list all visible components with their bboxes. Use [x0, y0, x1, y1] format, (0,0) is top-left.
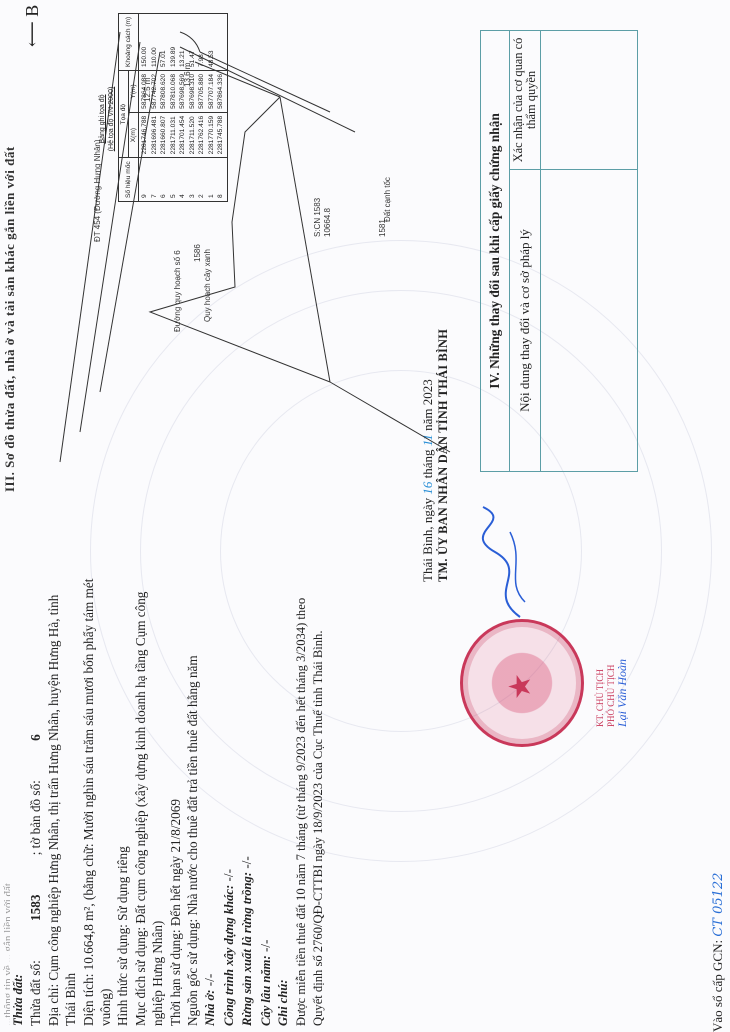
col-change-content: Nội dung thay đổi và cơ sở pháp lý — [510, 169, 540, 471]
coord-x: 2281696.481 — [150, 116, 160, 155]
signer-name: Lại Văn Hoàn — [617, 597, 628, 727]
house-value: -/- — [202, 974, 217, 986]
coord-y: 587864.088 — [140, 74, 150, 109]
change-content-cell — [541, 169, 638, 471]
area-label: Diện tích: — [81, 974, 96, 1026]
coord-d: 57.01 — [159, 17, 169, 67]
coord-d: 139.89 — [169, 17, 179, 67]
coord-d: 48.53 — [207, 17, 217, 67]
coord-y: 587698.569 — [178, 74, 188, 109]
label-1586: 1586 — [193, 244, 202, 262]
coord-x: 2281711.031 — [169, 116, 179, 155]
label-parcel: S:CN 1583 — [313, 197, 322, 237]
coord-y: 587707.184 — [207, 74, 217, 109]
date-prefix: Thái Bình, ngày — [420, 498, 435, 582]
changes-title: IV. Những thay đổi sau khi cấp giấy chứn… — [481, 31, 510, 471]
parcel-row: Thửa đất số: 1583 ; tờ bản đồ số: 6 — [27, 506, 44, 1026]
address-value: Cụm công nghiệp Hưng Nhân, thị trấn Hưng… — [46, 595, 61, 981]
coord-d: 110.00 — [150, 17, 160, 67]
purpose-cont: nghiệp Hưng Nhân) — [149, 506, 166, 1026]
signer: KT. CHỦ TỊCH PHÓ CHỦ TỊCH Lại Văn Hoàn — [595, 597, 628, 727]
x-values: 2281746.7882281696.4812281660.8072281711… — [139, 112, 228, 158]
coord-x: 2281745.788 — [216, 116, 226, 155]
perennial-label: Cây lâu năm: — [259, 955, 273, 1026]
col-y: Y(m) — [129, 70, 139, 112]
coord-d — [216, 17, 226, 67]
coord-y: 587864.336 — [216, 74, 226, 109]
label-neighbor: Đất cạnh tốc — [383, 177, 392, 222]
coord-x: 2281762.416 — [197, 116, 207, 155]
notes-line-1: Được miễn tiền thuê đất 10 năm 7 tháng (… — [293, 506, 310, 1026]
term-value: Đến hết ngày 21/8/2069 — [168, 799, 183, 926]
coord-y: 587742.702 — [150, 74, 160, 109]
coord-table-title: Bảng ghi tọa độ (Hệ tọa độ VN-2000) — [98, 54, 116, 184]
col-x: X(m) — [129, 112, 139, 158]
map-sheet-label: ; tờ bản đồ số: — [28, 780, 43, 855]
coord-d: 7.98 — [197, 17, 207, 67]
coord-d: 13.21 — [178, 17, 188, 67]
map-sheet-number: 6 — [28, 734, 43, 741]
usage-form-value: Sử dụng riêng — [115, 846, 130, 921]
forest-label: Rừng sản xuất là rừng trồng: — [240, 872, 254, 1026]
area-value: 10.664,8 m², (bằng chữ: Mười nghìn sáu t… — [81, 579, 96, 971]
changes-table: IV. Những thay đổi sau khi cấp giấy chứn… — [480, 30, 638, 472]
gcn-entry: Vào sổ cấp GCN: CT 05122 — [710, 873, 726, 1032]
coord-point: 6 — [159, 161, 169, 198]
official-seal: ★ — [460, 619, 584, 747]
perennial-value: -/- — [258, 940, 273, 952]
coord-d: 150.00 — [140, 17, 150, 67]
gcn-value: CT 05122 — [711, 873, 726, 937]
coord-x: 2281660.807 — [159, 116, 169, 155]
other-construction-value: -/- — [221, 869, 236, 881]
origin-label: Nguồn gốc sử dụng: — [185, 919, 200, 1026]
coord-d: 51.47 — [188, 17, 198, 67]
address-label: Địa chỉ: — [46, 984, 61, 1026]
col-group: Tọa độ — [119, 70, 129, 157]
usage-form-label: Hình thức sử dụng: — [115, 924, 130, 1026]
parcel-diagram: S:CN 1583 10664.8 1581 1586 Quy hoạch câ… — [0, 0, 480, 492]
col-point: Số hiệu mốc — [119, 158, 139, 202]
authority-confirmation-cell — [541, 31, 638, 169]
certificate-page: ...thông tin về ... gắn liền với đất Thử… — [0, 0, 730, 1032]
coord-point: 2 — [197, 161, 207, 198]
col-distance: Khoảng cách (m) — [119, 13, 139, 70]
star-icon: ★ — [503, 673, 538, 700]
coord-y: 587808.620 — [159, 74, 169, 109]
parcel-label: Thửa đất số: — [28, 960, 43, 1026]
coord-y: 587810.068 — [169, 74, 179, 109]
address-cont: Thái Bình — [62, 506, 79, 1026]
coord-point: 9 — [140, 161, 150, 198]
section-label: Thửa đất: — [10, 506, 27, 1026]
notes-label: Ghi chú: — [275, 506, 292, 1026]
point-values: 976543218 — [139, 158, 228, 202]
coord-point: 4 — [178, 161, 188, 198]
label-road-6: Đường quy hoạch số 6 — [173, 250, 182, 332]
coord-x: 2281746.788 — [140, 116, 150, 155]
notes-line-2: Quyết định số 2760/QĐ-CTTBI ngày 18/9/20… — [310, 506, 327, 1026]
signature-icon — [475, 502, 535, 622]
label-parcel-area: 10664.8 — [323, 208, 332, 237]
parcel-number: 1583 — [28, 895, 43, 921]
signer-title-1: KT. CHỦ TỊCH — [595, 597, 606, 727]
coord-point: 5 — [169, 161, 179, 198]
coord-point: 7 — [150, 161, 160, 198]
gcn-label: Vào sổ cấp GCN: — [710, 940, 725, 1032]
coord-title-1: Bảng ghi tọa độ — [98, 54, 107, 184]
distance-values: 150.00110.0057.01139.8913.2151.477.9848.… — [139, 13, 228, 70]
coord-point: 3 — [188, 161, 198, 198]
north-label: B — [22, 5, 42, 17]
coord-point: 8 — [216, 161, 226, 198]
other-construction-label: Công trình xây dựng khác: — [222, 885, 236, 1026]
north-arrow-icon: ⟵ B — [22, 5, 43, 47]
purpose-value: Đất cụm công nghiệp (xây dựng kinh doanh… — [133, 592, 148, 924]
coord-title-2: (Hệ tọa độ VN-2000) — [107, 54, 116, 184]
coordinate-table: Số hiệu mốc Tọa độ Khoảng cách (m) X(m) … — [118, 13, 228, 202]
coord-x: 2281770.159 — [207, 116, 217, 155]
y-values: 587864.088587742.702587808.620587810.068… — [139, 70, 228, 112]
col-authority-confirmation: Xác nhận của cơ quan có thẩm quyền — [510, 31, 540, 169]
coord-y: 587698.310 — [188, 74, 198, 109]
coord-point: 1 — [207, 161, 217, 198]
label-road-green: Quy hoạch cây xanh — [203, 249, 212, 322]
purpose-label: Mục đích sử dụng: — [133, 927, 148, 1026]
origin-value: Nhà nước cho thuê đất trả tiền thuê đất … — [185, 655, 200, 915]
term-label: Thời hạn sử dụng: — [168, 929, 183, 1026]
house-label: Nhà ở: — [203, 990, 217, 1027]
coord-x: 2281701.454 — [178, 116, 188, 155]
area-cont: vuông) — [97, 506, 114, 1026]
clipped-header: ...thông tin về ... gắn liền với đất — [0, 506, 10, 1026]
coord-y: 587705.880 — [197, 74, 207, 109]
coord-x: 2281711.520 — [188, 116, 198, 155]
forest-value: -/- — [239, 856, 254, 868]
parcel-details: ...thông tin về ... gắn liền với đất Thử… — [0, 506, 327, 1026]
